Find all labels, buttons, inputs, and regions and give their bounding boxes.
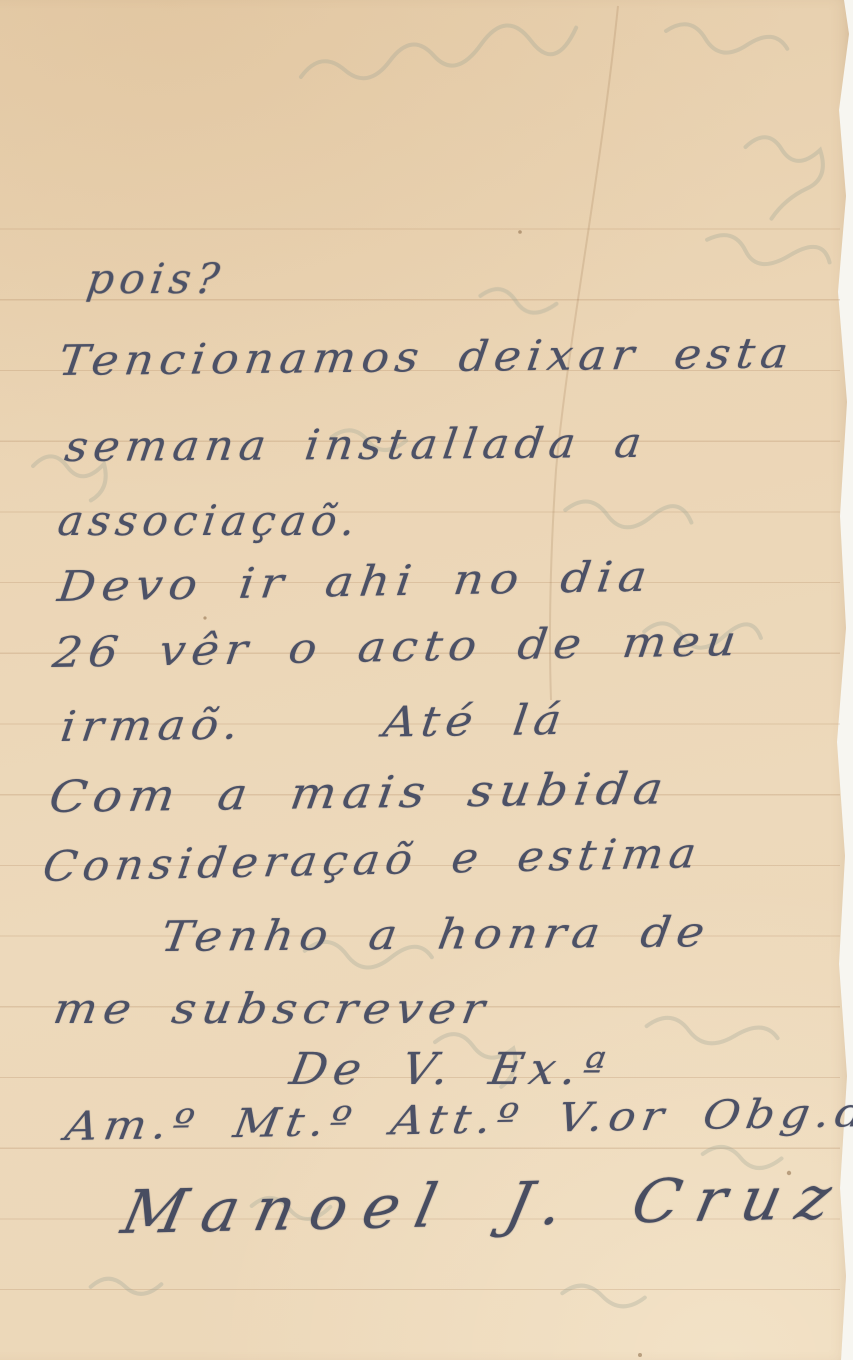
handwriting-line-11: me subscrever	[50, 984, 494, 1033]
valediction-line: De V. Ex.ª	[286, 1044, 615, 1095]
paper-sheet	[0, 0, 853, 1360]
handwriting-line-7: irmaõ. Até lá	[58, 695, 570, 751]
handwriting-line-10: Tenho a honra de	[158, 907, 714, 961]
handwriting-line-4: associaçaõ.	[55, 496, 364, 545]
letter-scan: pois? Tencionamos deixar esta semana ins…	[0, 0, 853, 1360]
handwriting-line-3: semana installada a	[62, 418, 650, 471]
handwriting-line-2: Tencionamos deixar esta	[56, 328, 797, 385]
handwriting-line-8: Com a mais subida	[46, 763, 673, 823]
handwriting-line-5: Devo ir ahi no dia	[55, 552, 656, 611]
handwriting-line-1: pois?	[84, 254, 228, 303]
